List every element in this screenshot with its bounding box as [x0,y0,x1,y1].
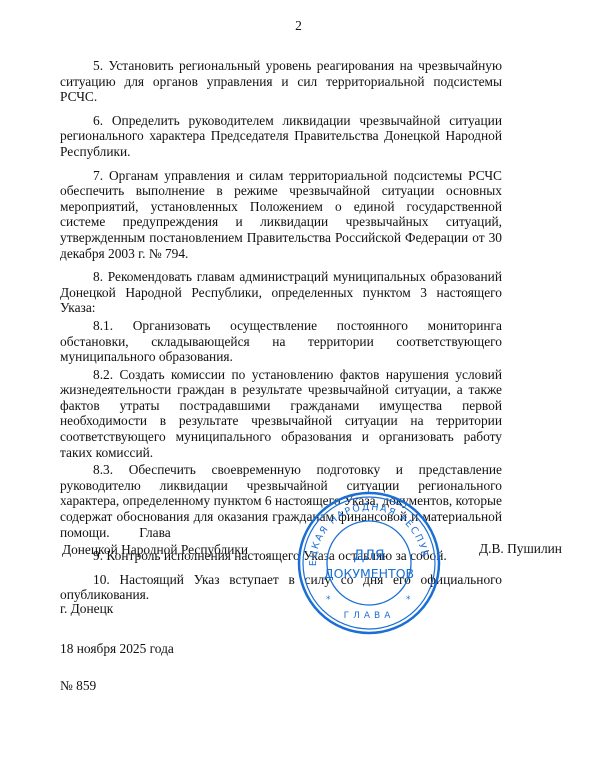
svg-text:ДЛЯ: ДЛЯ [353,548,384,564]
paragraph-6: 6. Определить руководителем ликвидации ч… [60,113,502,160]
official-seal-icon: ДОНЕЦКАЯ НАРОДНАЯ РЕСПУБЛИКА * * ГЛАВА Д… [296,490,442,636]
paragraph-8-2: 8.2. Создать комиссии по установлению фа… [60,367,502,461]
issue-place: г. Донецк [60,601,113,617]
svg-text:ГЛАВА: ГЛАВА [344,611,395,621]
svg-text:*: * [406,595,411,605]
signatory-title-line1: Глава [60,524,250,541]
signatory-title: Глава Донецкой Народной Республики [60,524,250,558]
page-number: 2 [0,18,597,34]
paragraph-7: 7. Органам управления и силам территориа… [60,168,502,262]
signatory-name: Д.В. Пушилин [479,541,562,557]
svg-text:*: * [326,595,331,605]
paragraph-8-1: 8.1. Организовать осуществление постоянн… [60,318,502,365]
issue-date: 18 ноября 2025 года [60,641,174,657]
paragraph-5: 5. Установить региональный уровень реаги… [60,58,502,105]
svg-text:ДОКУМЕНТОВ: ДОКУМЕНТОВ [324,566,414,581]
decree-number: № 859 [60,678,96,694]
paragraph-8: 8. Рекомендовать главам администраций му… [60,269,502,316]
signatory-title-line2: Донецкой Народной Республики [60,541,250,558]
